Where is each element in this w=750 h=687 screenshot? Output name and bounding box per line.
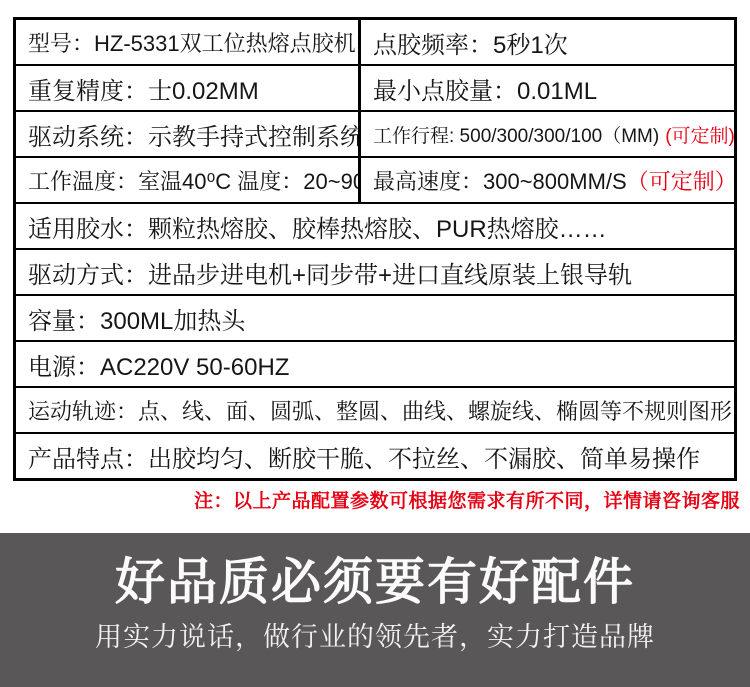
spec-cell-motion-trajectory: 运动轨迹：点、线、面、圆弧、整圆、曲线、螺旋线、椭圆等不规则图形 xyxy=(16,388,734,432)
table-row: 电源：AC220V 50-60HZ xyxy=(16,342,734,388)
banner-title: 好品质必须要有好配件 xyxy=(0,553,750,611)
spec-cell-dispense-frequency: 点胶频率：5秒1次 xyxy=(361,20,734,64)
spec-text: 工作温度：室温40⁰C 温度：20~90% xyxy=(28,165,361,196)
spec-text: 驱动系统：示教手持式控制系统 xyxy=(28,117,361,152)
spec-text: 型号：HZ-5331双工位热熔点胶机 xyxy=(28,27,356,58)
table-row: 重复精度：士0.02MM 最小点胶量：0.01ML xyxy=(16,66,734,112)
spec-cell-min-dispense-volume: 最小点胶量：0.01ML xyxy=(361,66,734,110)
spec-text: 点胶频率：5秒1次 xyxy=(373,25,568,60)
table-row: 适用胶水：颗粒热熔胶、胶棒热熔胶、PUR热熔胶…… xyxy=(16,204,734,250)
customizable-red-text: (可定制) xyxy=(665,121,734,148)
table-row: 驱动方式：进品步进电机+同步带+进口直线原装上银导轨 xyxy=(16,250,734,296)
spec-cell-work-temperature: 工作温度：室温40⁰C 温度：20~90% xyxy=(16,158,361,202)
spec-text: 适用胶水：颗粒热熔胶、胶棒热熔胶、PUR热熔胶…… xyxy=(28,209,607,244)
quality-banner: 好品质必须要有好配件 用实力说话，做行业的领先者，实力打造品牌 xyxy=(0,533,750,687)
spec-cell-drive-method: 驱动方式：进品步进电机+同步带+进口直线原装上银导轨 xyxy=(16,250,734,294)
spec-text: 容量：300ML加热头 xyxy=(28,301,245,336)
spec-text: 运动轨迹：点、线、面、圆弧、整圆、曲线、螺旋线、椭圆等不规则图形 xyxy=(28,395,732,426)
spec-cell-repeat-accuracy: 重复精度：士0.02MM xyxy=(16,66,361,110)
spec-cell-product-features: 产品特点：出胶均匀、断胶干脆、不拉丝、不漏胶、简单易操作 xyxy=(16,434,734,478)
spec-cell-capacity: 容量：300ML加热头 xyxy=(16,296,734,340)
customizable-red-text: （可定制） xyxy=(627,165,734,196)
table-row: 驱动系统：示教手持式控制系统 工作行程: 500/300/300/100（MM)… xyxy=(16,112,734,158)
table-row: 工作温度：室温40⁰C 温度：20~90% 最高速度：300~800MM/S （… xyxy=(16,158,734,204)
spec-cell-model: 型号：HZ-5331双工位热熔点胶机 xyxy=(16,20,361,64)
spec-text: 产品特点：出胶均匀、断胶干脆、不拉丝、不漏胶、简单易操作 xyxy=(28,439,700,474)
spec-text: 驱动方式：进品步进电机+同步带+进口直线原装上银导轨 xyxy=(28,255,632,290)
table-row: 容量：300ML加热头 xyxy=(16,296,734,342)
banner-subtitle: 用实力说话，做行业的领先者，实力打造品牌 xyxy=(0,621,750,653)
spec-cell-drive-system: 驱动系统：示教手持式控制系统 xyxy=(16,112,361,156)
spec-text: 电源：AC220V 50-60HZ xyxy=(28,347,289,382)
spec-cell-work-travel: 工作行程: 500/300/300/100（MM) (可定制) xyxy=(361,112,734,156)
table-row: 运动轨迹：点、线、面、圆弧、整圆、曲线、螺旋线、椭圆等不规则图形 xyxy=(16,388,734,434)
spec-text: 重复精度：士0.02MM xyxy=(28,71,259,106)
table-row: 产品特点：出胶均匀、断胶干脆、不拉丝、不漏胶、简单易操作 xyxy=(16,434,734,478)
spec-cell-applicable-glue: 适用胶水：颗粒热熔胶、胶棒热熔胶、PUR热熔胶…… xyxy=(16,204,734,248)
spec-cell-max-speed: 最高速度：300~800MM/S （可定制） xyxy=(361,158,734,202)
spec-text: 最小点胶量：0.01ML xyxy=(373,71,597,106)
spec-text: 工作行程: 500/300/300/100（MM) xyxy=(373,121,659,148)
spec-cell-power-supply: 电源：AC220V 50-60HZ xyxy=(16,342,734,386)
product-spec-sheet: 型号：HZ-5331双工位热熔点胶机 点胶频率：5秒1次 重复精度：士0.02M… xyxy=(0,0,750,687)
table-row: 型号：HZ-5331双工位热熔点胶机 点胶频率：5秒1次 xyxy=(16,20,734,66)
customization-footnote: 注：以上产品配置参数可根据您需求有所不同，详情请咨询客服 xyxy=(10,486,740,513)
spec-table: 型号：HZ-5331双工位热熔点胶机 点胶频率：5秒1次 重复精度：士0.02M… xyxy=(13,17,737,481)
spec-text: 最高速度：300~800MM/S xyxy=(373,165,627,196)
